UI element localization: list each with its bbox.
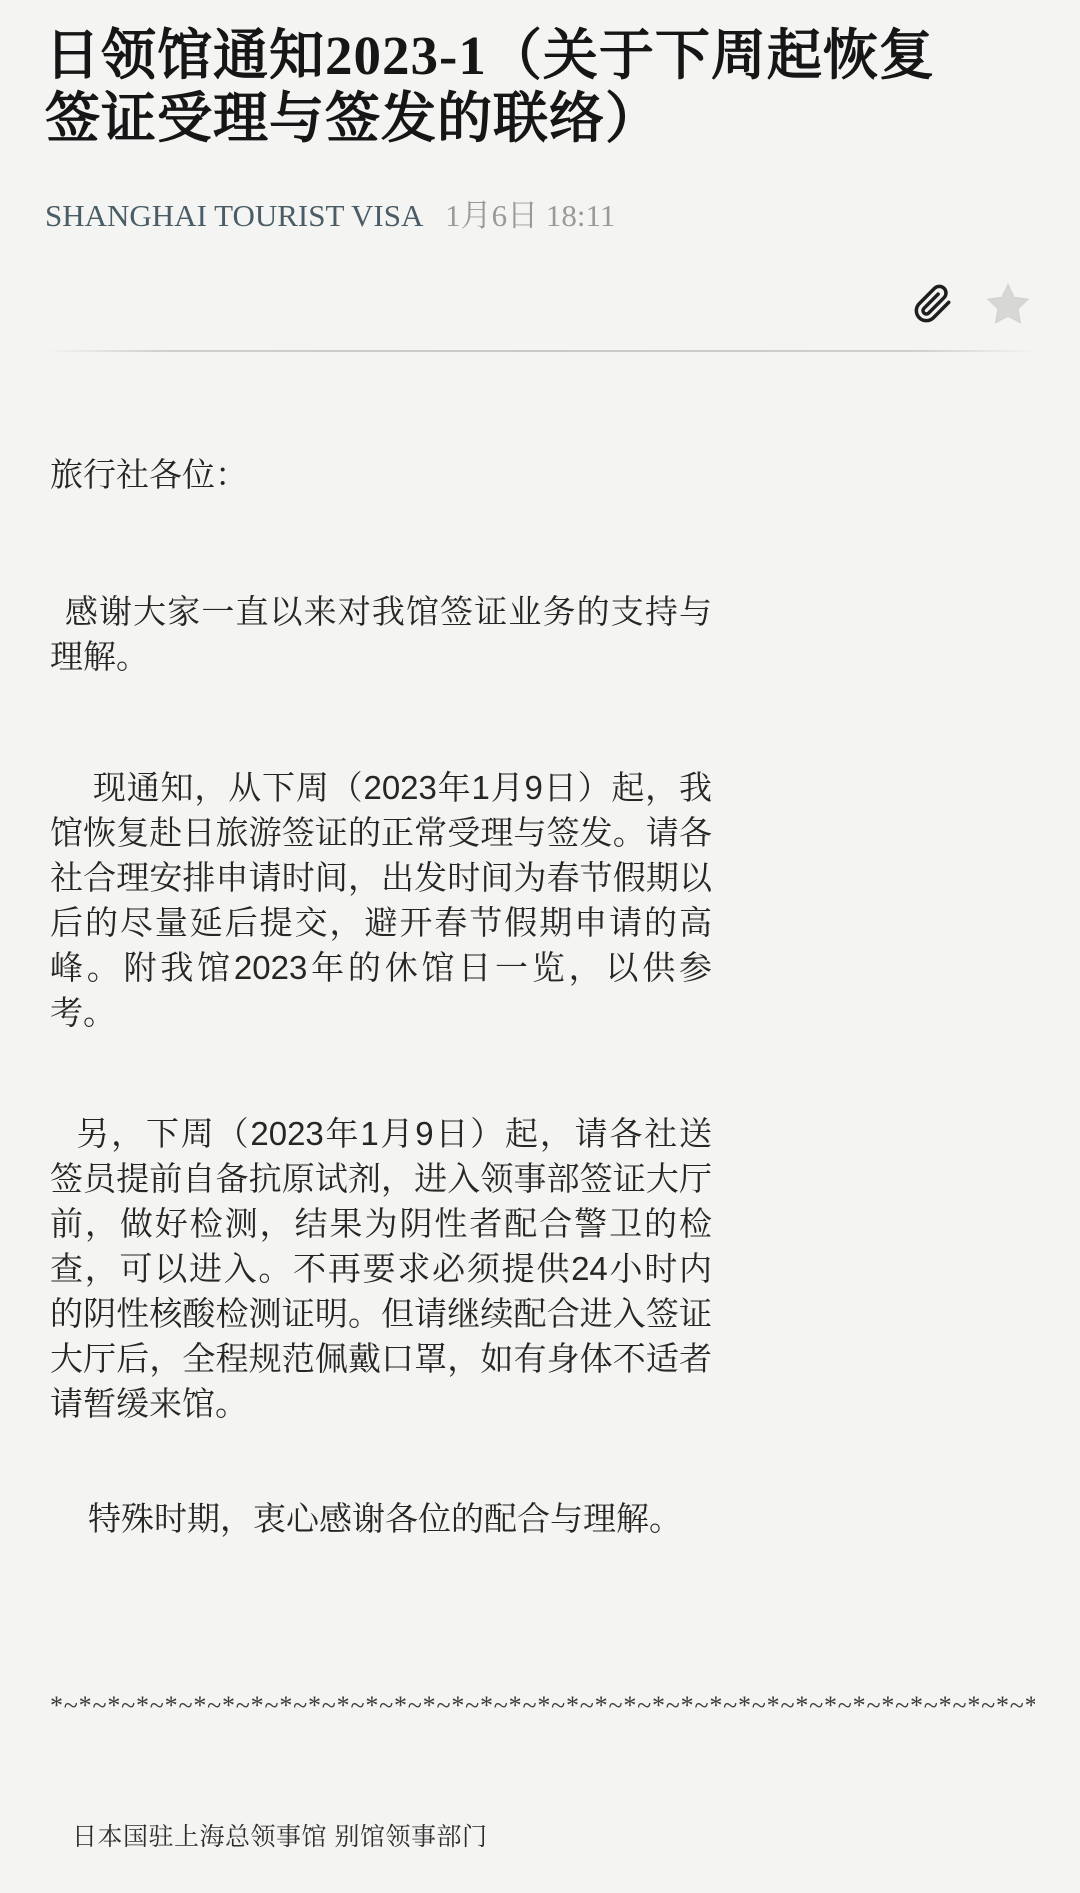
action-toolbar xyxy=(45,280,1035,328)
post-timestamp: 1月6日 18:11 xyxy=(445,198,615,233)
signature: 日本国驻上海总领事馆 别馆领事部门 xyxy=(72,1821,1035,1853)
notice-title: 日领馆通知2023-1（关于下周起恢复签证受理与签发的联络） xyxy=(45,24,975,150)
share-link-button[interactable] xyxy=(911,281,955,327)
notice-body: 旅行社各位： 感谢大家一直以来对我馆签证业务的支持与理解。 现通知，从下周（20… xyxy=(45,452,1035,1853)
notice-header: 日领馆通知2023-1（关于下周起恢复签证受理与签发的联络） SHANGHAI … xyxy=(45,24,1035,352)
body-paragraph-resumption: 现通知，从下周（2023年1月9日）起，我馆恢复赴日旅游签证的正常受理与签发。请… xyxy=(50,765,712,1035)
favorite-button[interactable] xyxy=(981,278,1035,330)
byline: SHANGHAI TOURIST VISA 1月6日 18:11 xyxy=(45,196,1035,236)
author-name: SHANGHAI TOURIST VISA xyxy=(45,198,423,233)
signature-divider: *~*~*~*~*~*~*~*~*~*~*~*~*~*~*~*~*~*~*~*~… xyxy=(50,1691,1035,1721)
body-paragraph-antigen-rules: 另，下周（2023年1月9日）起，请各社送签员提前自备抗原试剂，进入领事部签证大… xyxy=(50,1111,712,1426)
star-icon xyxy=(983,316,1033,331)
body-paragraph-closing-thanks: 特殊时期，衷心感谢各位的配合与理解。 xyxy=(50,1496,712,1541)
header-divider xyxy=(45,350,1035,352)
body-paragraph-thanks: 感谢大家一直以来对我馆签证业务的支持与理解。 xyxy=(50,589,712,679)
salutation: 旅行社各位： xyxy=(50,452,1035,497)
paperclip-icon xyxy=(913,313,953,328)
notice-page: { "notice": { "title": "日领馆通知2023-1（关于下周… xyxy=(0,0,1080,1893)
